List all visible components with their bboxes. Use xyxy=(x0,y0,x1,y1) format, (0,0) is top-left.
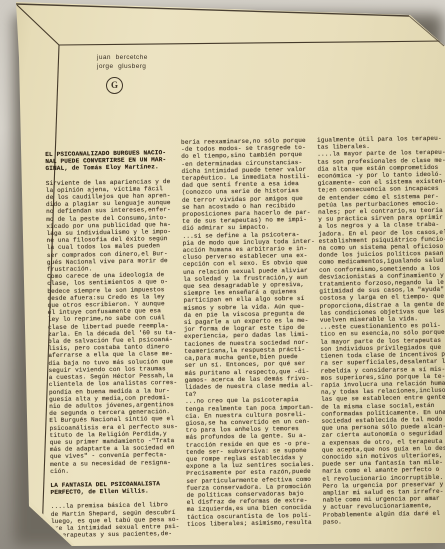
author-name-2: jorge glusberg xyxy=(97,62,148,71)
article-text: EL PSICOANALIZADO BURGUES NACIO- NAL PUE… xyxy=(45,135,445,540)
author-name-1: juan bercetche xyxy=(97,53,148,62)
article-title-2: LA FANTASIA DEL PSICOANALISTA PERFECTO, … xyxy=(50,480,178,496)
article-title-1: EL PSICOANALIZADO BURGUES NACIO- NAL PUE… xyxy=(45,149,173,173)
document-page: juan bercetche jorge glusberg G EL PSICO… xyxy=(0,0,445,549)
box-corner-diagonal-line xyxy=(17,5,59,45)
logo-letter: G xyxy=(111,81,118,90)
cayc-logo-icon: G xyxy=(106,77,123,94)
page-header: juan bercetche jorge glusberg G xyxy=(97,53,148,71)
photo-backdrop: juan bercetche jorge glusberg G EL PSICO… xyxy=(0,0,445,549)
author-block: juan bercetche jorge glusberg xyxy=(97,53,148,71)
page-top-edge-line xyxy=(16,4,409,16)
article-body-2: ....la premisa básica del libro de Marti… xyxy=(51,501,180,539)
box-inner-top-line xyxy=(59,41,444,45)
article-body-1: Sirviente de las apariencias y de la opi… xyxy=(46,178,179,475)
article-column-1: EL PSICOANALIZADO BURGUES NACIO- NAL PUE… xyxy=(45,139,179,539)
article-column-3: igualmente útil para los terapeu- tas li… xyxy=(317,135,445,535)
article-column-2: bería reexaminarse,no sólo porque -de to… xyxy=(181,137,315,537)
